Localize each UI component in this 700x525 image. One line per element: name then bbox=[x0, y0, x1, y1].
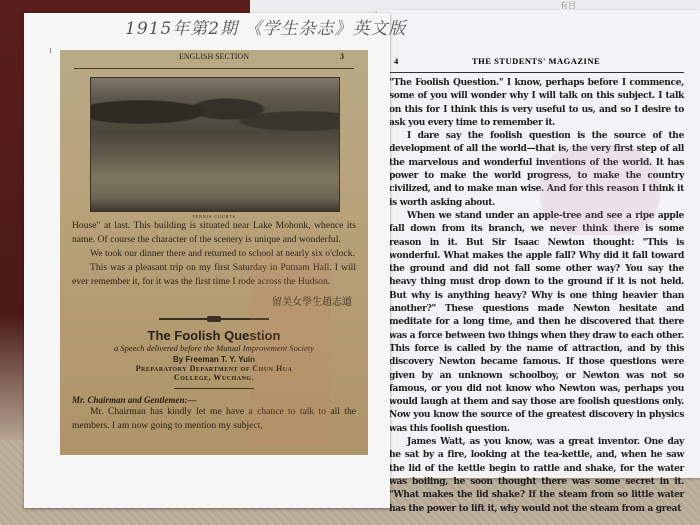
trees-silhouette bbox=[91, 88, 339, 148]
faint-watermark bbox=[540, 145, 660, 235]
running-title: THE STUDENTS' MAGAZINE bbox=[472, 56, 600, 66]
article-body-continued: "The Foolish Question." I know, perhaps … bbox=[377, 73, 700, 515]
tennis-courts-photo bbox=[90, 77, 340, 212]
pencil-mark: ı bbox=[49, 45, 52, 56]
paragraph: James Watt, as you know, was a great inv… bbox=[389, 435, 684, 515]
section-title: ENGLISH SECTION bbox=[179, 52, 249, 61]
page-number: 3 bbox=[340, 52, 344, 61]
right-photocopy-page: 4 THE STUDENTS' MAGAZINE "The Foolish Qu… bbox=[377, 10, 700, 478]
paragraph: "The Foolish Question." I know, perhaps … bbox=[389, 76, 684, 129]
paragraph: House" at last. This building is situate… bbox=[72, 219, 356, 247]
faint-stamp bbox=[250, 255, 330, 445]
short-divider bbox=[174, 388, 254, 389]
header-rule bbox=[74, 68, 354, 69]
handwritten-note: 1915年第2期 《学生杂志》英文版 bbox=[125, 14, 406, 39]
section-header: ENGLISH SECTION 3 bbox=[60, 50, 368, 68]
paragraph: When we stand under an apple-tree and se… bbox=[389, 209, 684, 435]
page-header: 4 THE STUDENTS' MAGAZINE bbox=[387, 56, 690, 72]
page-number: 4 bbox=[394, 56, 398, 66]
